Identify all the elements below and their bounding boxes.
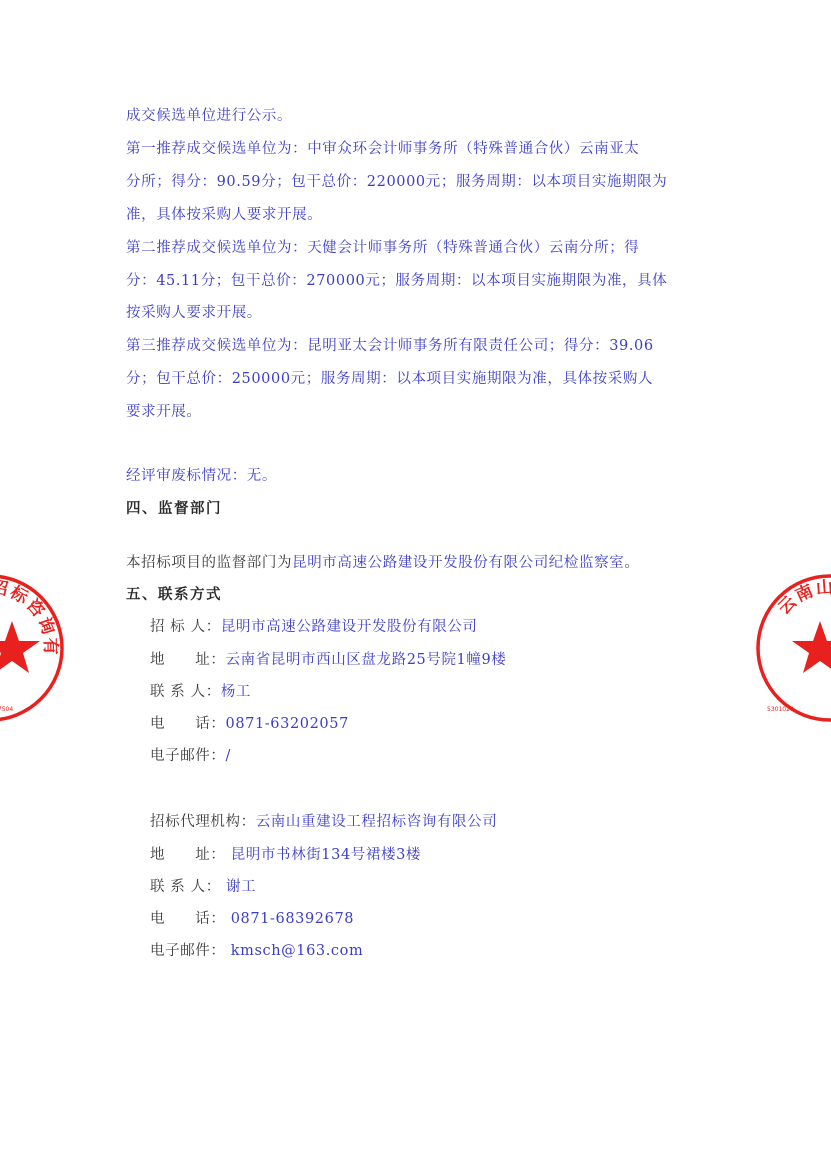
tenderer-row-phone: 电 话：0871-63202057 bbox=[150, 714, 349, 734]
supervision-suffix: 。 bbox=[624, 555, 639, 571]
svg-text:5302237504: 5302237504 bbox=[0, 706, 13, 713]
email-value: / bbox=[226, 748, 232, 764]
agency-phone-value: 0871-68392678 bbox=[226, 911, 355, 927]
agency-contact-label: 联 系 人： bbox=[150, 877, 221, 897]
document-page: 成交候选单位进行公示。 第一推荐成交候选单位为：中审众环会计师事务所（特殊普通合… bbox=[0, 0, 831, 1175]
tenderer-row-contact: 联 系 人：杨工 bbox=[150, 682, 251, 702]
rejection-status: 经评审废标情况：无。 bbox=[126, 466, 277, 486]
candidate-1-line-3: 准，具体按采购人要求开展。 bbox=[126, 205, 322, 225]
email-label: 电子邮件： bbox=[150, 746, 226, 766]
supervision-prefix: 本招标项目的监督部门为 bbox=[126, 555, 292, 571]
agency-row-phone: 电 话： 0871-68392678 bbox=[150, 909, 354, 929]
agency-address-value: 昆明市书林街134号裙楼3楼 bbox=[226, 847, 422, 863]
phone-value: 0871-63202057 bbox=[226, 716, 349, 732]
candidate-3-line-3: 要求开展。 bbox=[126, 402, 202, 422]
agency-value: 云南山重建设工程招标咨询有限公司 bbox=[256, 814, 498, 830]
section-4-heading: 四、监督部门 bbox=[126, 499, 222, 519]
candidate-2-line-1: 第二推荐成交候选单位为：天健会计师事务所（特殊普通合伙）云南分所；得 bbox=[126, 238, 639, 258]
right-official-seal-icon: 云南山重建设工程 5301020 bbox=[755, 573, 831, 723]
agency-row-email: 电子邮件： kmsch@163.com bbox=[150, 941, 363, 961]
section-5-heading: 五、联系方式 bbox=[126, 585, 222, 605]
tenderer-value: 昆明市高速公路建设开发股份有限公司 bbox=[221, 619, 478, 635]
intro-line: 成交候选单位进行公示。 bbox=[126, 106, 292, 126]
candidate-1-line-1: 第一推荐成交候选单位为：中审众环会计师事务所（特殊普通合伙）云南亚太 bbox=[126, 139, 639, 159]
agency-label: 招标代理机构： bbox=[150, 812, 256, 832]
left-official-seal-icon: 招标咨询有限公司 5302237504 bbox=[0, 573, 65, 723]
supervision-text: 本招标项目的监督部门为昆明市高速公路建设开发股份有限公司纪检监察室。 bbox=[126, 553, 639, 573]
agency-row-name: 招标代理机构：云南山重建设工程招标咨询有限公司 bbox=[150, 812, 497, 832]
agency-email-label: 电子邮件： bbox=[150, 941, 226, 961]
address-value: 云南省昆明市西山区盘龙路25号院1幢9楼 bbox=[226, 652, 507, 668]
agency-row-contact: 联 系 人： 谢工 bbox=[150, 877, 256, 897]
tenderer-label: 招 标 人： bbox=[150, 617, 221, 637]
address-label: 地 址： bbox=[150, 650, 226, 670]
contact-label: 联 系 人： bbox=[150, 682, 221, 702]
tenderer-row-name: 招 标 人：昆明市高速公路建设开发股份有限公司 bbox=[150, 617, 478, 637]
svg-text:5301020: 5301020 bbox=[767, 706, 794, 713]
contact-value: 杨工 bbox=[221, 684, 251, 700]
agency-email-value: kmsch@163.com bbox=[226, 943, 364, 959]
candidate-2-line-3: 按采购人要求开展。 bbox=[126, 303, 262, 323]
agency-address-label: 地 址： bbox=[150, 845, 226, 865]
candidate-3-line-1: 第三推荐成交候选单位为：昆明亚太会计师事务所有限责任公司；得分：39.06 bbox=[126, 336, 654, 356]
candidate-1-line-2: 分所；得分：90.59分；包干总价：220000元；服务周期：以本项目实施期限为 bbox=[126, 172, 667, 192]
candidate-2-line-2: 分：45.11分；包干总价：270000元；服务周期：以本项目实施期限为准，具体 bbox=[126, 271, 667, 291]
tenderer-row-address: 地 址：云南省昆明市西山区盘龙路25号院1幢9楼 bbox=[150, 650, 506, 670]
agency-contact-value: 谢工 bbox=[221, 879, 256, 895]
tenderer-row-email: 电子邮件：/ bbox=[150, 746, 231, 766]
supervision-department: 昆明市高速公路建设开发股份有限公司纪检监察室 bbox=[292, 555, 624, 571]
agency-row-address: 地 址： 昆明市书林街134号裙楼3楼 bbox=[150, 845, 421, 865]
candidate-3-line-2: 分；包干总价：250000元；服务周期：以本项目实施期限为准，具体按采购人 bbox=[126, 369, 653, 389]
agency-phone-label: 电 话： bbox=[150, 909, 226, 929]
phone-label: 电 话： bbox=[150, 714, 226, 734]
